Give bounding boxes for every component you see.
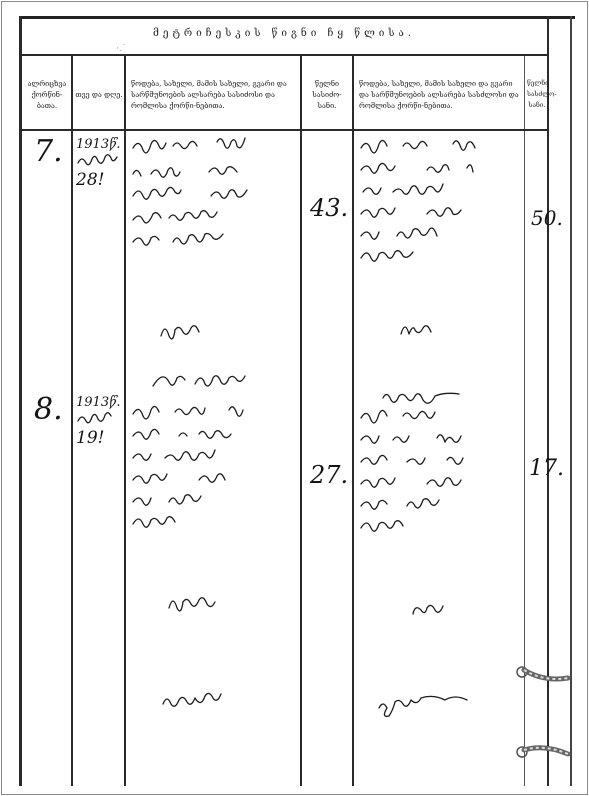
entry-7-month-handwriting	[76, 153, 120, 167]
entry-7-signature-1	[157, 316, 217, 346]
column-divider-2	[124, 54, 126, 786]
column-divider-1	[71, 54, 73, 786]
table-top-border	[19, 16, 575, 19]
entry-7-day: 28!	[76, 172, 120, 189]
entry-7-bride-handwriting	[357, 134, 527, 264]
header-groom-age: წელნი სასიძო-სანი.	[304, 58, 350, 130]
page-title: მეტრიჩესკის წიგნი ჩყ წლისა.	[19, 28, 549, 39]
entry-8-month-handwriting	[76, 411, 120, 425]
entry-7-groom-handwriting	[129, 134, 299, 264]
entry-8-year: 1913წ.	[76, 394, 120, 411]
header-date: თვე და დღე.	[75, 58, 123, 130]
entry-7-groom-age: 43.	[310, 194, 348, 222]
entry-7-signature-2	[397, 312, 447, 342]
header-groom-details: წოდება, სახელი, მამის სახელი, გვარი და ს…	[131, 58, 297, 130]
header-bride-age: წელნი სასძლო-სანი.	[527, 58, 547, 130]
entry-7-number: 7.	[34, 134, 63, 169]
header-bride-details: წოდება, სახელი, მამის სახელი და გვარი და…	[359, 58, 521, 130]
header-entry-number: ალრიცხვა ქორწინ-ბათა.	[23, 58, 71, 130]
register-page: ·.˙ მეტრიჩესკის წიგნი ჩყ წლისა. ალრიცხვა…	[19, 16, 575, 786]
column-divider-4	[352, 54, 354, 786]
entry-7-signature-3	[149, 366, 319, 396]
entry-8-signature-1	[165, 588, 245, 618]
entry-8-bride-handwriting	[357, 404, 527, 554]
entry-8-signature-4	[375, 688, 515, 728]
entry-8-signature-2	[409, 596, 469, 626]
binding-cord	[514, 656, 574, 776]
table-left-border	[19, 16, 22, 786]
entry-8-number: 8.	[34, 392, 63, 427]
entry-8-signature-3	[159, 686, 249, 716]
entry-7-year: 1913წ.	[76, 136, 120, 153]
title-divider	[19, 54, 549, 56]
entry-7-bride-age: 50.	[531, 206, 563, 230]
entry-8-bride-age: 17.	[529, 456, 564, 481]
entry-8-groom-age: 27.	[310, 461, 348, 489]
entry-8-date: 1913წ. 19!	[76, 394, 120, 447]
entry-8-day: 19!	[76, 430, 120, 447]
entry-7-date: 1913წ. 28!	[76, 136, 120, 189]
column-divider-3	[300, 54, 302, 786]
entry-8-groom-handwriting	[129, 400, 299, 530]
scan-speckles: ·.˙	[116, 44, 126, 54]
